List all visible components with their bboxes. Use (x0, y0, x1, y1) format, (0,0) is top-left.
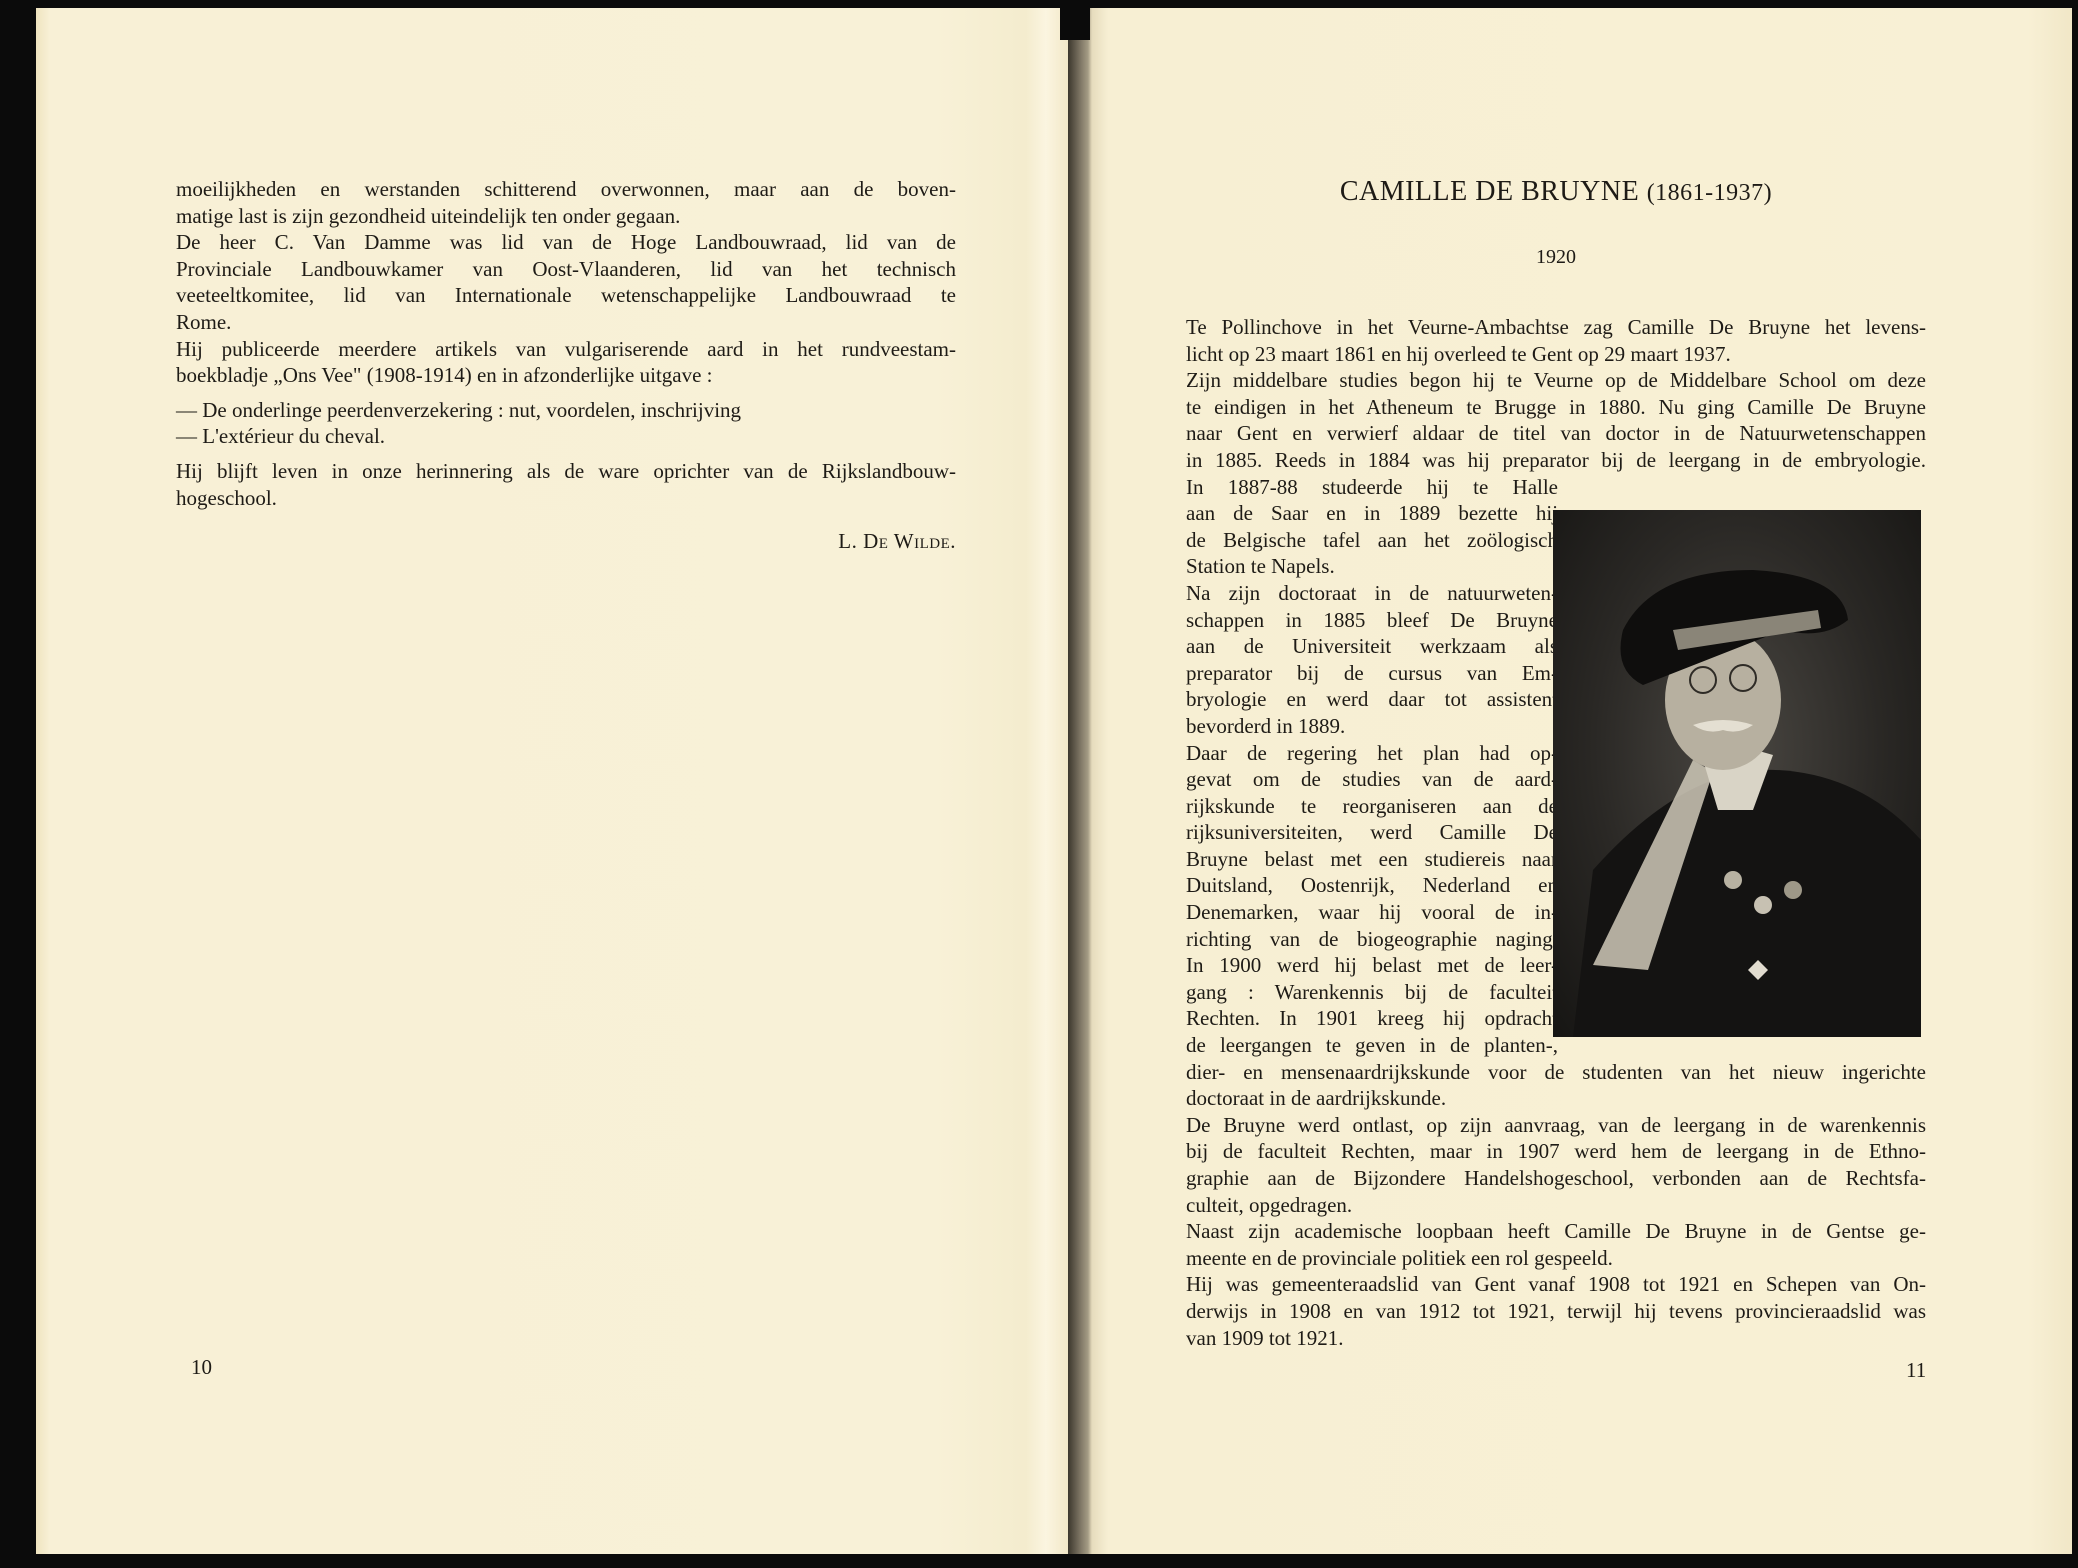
text-line: bij de faculteit Rechten, maar in 1907 w… (1186, 1138, 1926, 1165)
text-line: gevat om de studies van de aard- (1186, 766, 1558, 793)
text-line: Rechten. In 1901 kreeg hij opdracht (1186, 1005, 1558, 1032)
text-line: boekbladje „Ons Vee" (1908-1914) en in a… (176, 362, 956, 389)
text-line: Zijn middelbare studies begon hij te Veu… (1186, 367, 1926, 394)
text-line: te eindigen in het Atheneum te Brugge in… (1186, 394, 1926, 421)
text-line: rijkskunde te reorganiseren aan de (1186, 793, 1558, 820)
text-line: Duitsland, Oostenrijk, Nederland en (1186, 872, 1558, 899)
text-line: Hij was gemeenteraadslid van Gent vanaf … (1186, 1271, 1926, 1298)
text-line: Rome. (176, 309, 956, 336)
text-line: aan de Universiteit werkzaam als (1186, 633, 1558, 660)
title-name: CAMILLE DE BRUYNE (1340, 176, 1639, 207)
page-title: CAMILLE DE BRUYNE (1861-1937) (1186, 176, 1926, 208)
text-line: derwijs in 1908 en van 1912 tot 1921, te… (1186, 1298, 1926, 1325)
text-line: aan de Saar en in 1889 bezette hij (1186, 500, 1558, 527)
text-line: hogeschool. (176, 485, 956, 512)
book-spine (1060, 0, 1090, 40)
text-line: matige last is zijn gezondheid uiteindel… (176, 203, 956, 230)
text-line: meente en de provinciale politiek een ro… (1186, 1245, 1926, 1272)
text-line: Hij publiceerde meerdere artikels van vu… (176, 336, 956, 363)
text-line: culteit, opgedragen. (1186, 1192, 1926, 1219)
text-line: Te Pollinchove in het Veurne-Ambachtse z… (1186, 314, 1926, 341)
text-line: doctoraat in de aardrijkskunde. (1186, 1085, 1926, 1112)
portrait-image-icon (1553, 510, 1921, 1037)
text-line: De Bruyne werd ontlast, op zijn aanvraag… (1186, 1112, 1926, 1139)
text-line: Na zijn doctoraat in de natuurweten- (1186, 580, 1558, 607)
title-years: (1861-1937) (1647, 180, 1772, 206)
text-line: licht op 23 maart 1861 en hij overleed t… (1186, 341, 1926, 368)
page-number-right: 11 (1906, 1358, 1926, 1383)
page-number-left: 10 (191, 1355, 212, 1380)
text-line: Bruyne belast met een studiereis naar (1186, 846, 1558, 873)
text-line: In 1900 werd hij belast met de leer- (1186, 952, 1558, 979)
text-line: Station te Napels. (1186, 553, 1558, 580)
list-item: — De onderlinge peerdenverzekering : nut… (176, 397, 956, 424)
text-line: Naast zijn academische loopbaan heeft Ca… (1186, 1218, 1926, 1245)
portrait-photo (1553, 510, 1921, 1037)
text-line: de leergangen te geven in de planten-, (1186, 1032, 1558, 1059)
text-line: dier- en mensenaardrijkskunde voor de st… (1186, 1059, 1926, 1086)
text-line: van 1909 tot 1921. (1186, 1325, 1926, 1352)
list-item: — L'extérieur du cheval. (176, 423, 956, 450)
text-line: graphie aan de Bijzondere Handelshogesch… (1186, 1165, 1926, 1192)
text-line: Daar de regering het plan had op- (1186, 740, 1558, 767)
page-subtitle-year: 1920 (1186, 246, 1926, 269)
text-line: In 1887-88 studeerde hij te Halle (1186, 474, 1558, 501)
text-line: Denemarken, waar hij vooral de in- (1186, 899, 1558, 926)
text-line: de Belgische tafel aan het zoölogisch (1186, 527, 1558, 554)
text-line: Hij blijft leven in onze herinnering als… (176, 458, 956, 485)
text-line: veeteeltkomitee, lid van Internationale … (176, 282, 956, 309)
text-line: moeilijkheden en werstanden schitterend … (176, 176, 956, 203)
text-line: richting van de biogeographie naging. (1186, 926, 1558, 953)
text-line: Provinciale Landbouwkamer van Oost-Vlaan… (176, 256, 956, 283)
text-line: De heer C. Van Damme was lid van de Hoge… (176, 229, 956, 256)
text-line: gang : Warenkennis bij de faculteit (1186, 979, 1558, 1006)
text-line: rijksuniversiteiten, werd Camille De (1186, 819, 1558, 846)
author-signature: L. De Wilde. (176, 528, 956, 555)
text-line: bevorderd in 1889. (1186, 713, 1558, 740)
text-line: in 1885. Reeds in 1884 was hij preparato… (1186, 447, 1926, 474)
text-line: naar Gent en verwierf aldaar de titel va… (1186, 420, 1926, 447)
text-line: preparator bij de cursus van Em- (1186, 660, 1558, 687)
text-line: schappen in 1885 bleef De Bruyne (1186, 607, 1558, 634)
left-page-body: moeilijkheden en werstanden schitterend … (176, 176, 956, 511)
text-line: bryologie en werd daar tot assistent (1186, 686, 1558, 713)
